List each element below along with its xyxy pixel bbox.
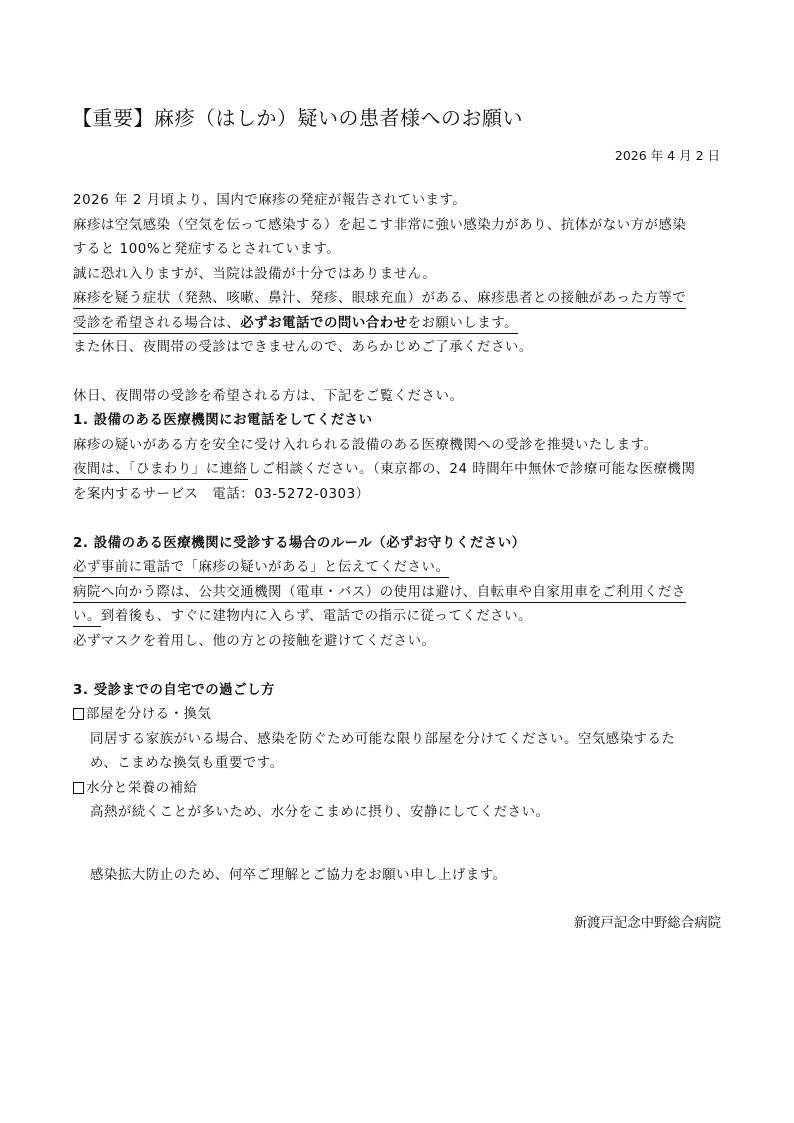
intro-line-5: 麻疹を疑う症状（発熱、咳嗽、鼻汁、発疹、眼球充血）がある、麻疹患者との接触があっ… — [73, 289, 686, 309]
section2-line-1: 必ず事前に電話で「麻疹の疑いがある」と伝えてください。 — [73, 558, 449, 578]
section2-line-4: 必ずマスクを着用し、他の方との接触を避けてください。 — [73, 632, 435, 652]
intro-line-1: 2026 年 2 月頃より、国内で麻疹の発症が報告されています。 — [73, 191, 466, 211]
section1-line-1: 麻疹の疑いがある方を安全に受け入れられる設備のある医療機関への受診を推奨いたしま… — [73, 436, 657, 456]
section2-line-3: い。到着後も、すぐに建物内に入らず、電話での指示に従ってください。 — [73, 607, 532, 627]
underlined-transport-rule: 病院へ向かう際は、公共交通機関（電車・バス）の使用は避け、自転車や自家用車をご利… — [73, 585, 686, 603]
section1-line-3: を案内するサービス 電話：03-5272-0303） — [73, 485, 370, 505]
section3-item-1: 部屋を分ける・換気 — [73, 705, 211, 725]
document-title: 【重要】麻疹（はしか）疑いの患者様へのお願い — [72, 104, 523, 132]
intro-line-2: 麻疹は空気感染（空気を伝って感染する）を起こす非常に強い感染力があり、抗体がない… — [73, 216, 686, 236]
section3-item-2-line-1: 高熱が続くことが多いため、水分をこまめに摂り、安静にしてください。 — [90, 803, 550, 823]
night-intro: 休日、夜間帯の受診を希望される方は、下記をご覧ください。 — [73, 387, 463, 407]
section1-line-2: 夜間は、「ひまわり」に連絡しご相談ください。（東京都の、24 時間年中無休で診療… — [73, 460, 695, 480]
intro-line-3: すると 100%と発症するとされています。 — [73, 240, 340, 260]
section3-item-1-label: 部屋を分ける・換気 — [86, 707, 211, 722]
underlined-phone-request: 受診を希望される場合は、必ずお電話での問い合わせをお願いします。 — [73, 316, 518, 334]
phone-request-pre: 受診を希望される場合は、 — [73, 316, 240, 331]
section3-item-2-label: 水分と栄養の補給 — [86, 781, 198, 796]
hospital-signature: 新渡戸記念中野総合病院 — [574, 914, 721, 934]
checkbox-icon — [73, 782, 84, 794]
section1-heading: 1. 設備のある医療機関にお電話をしてください — [73, 411, 373, 431]
phone-request-post: をお願いします。 — [408, 316, 518, 331]
section3-item-1-line-1: 同居する家族がいる場合、感染を防ぐため可能な限り部屋を分けてください。空気感染す… — [90, 730, 676, 750]
section2-line-2: 病院へ向かう際は、公共交通機関（電車・バス）の使用は避け、自転車や自家用車をご利… — [73, 583, 686, 603]
intro-line-6: 受診を希望される場合は、必ずお電話での問い合わせをお願いします。 — [73, 314, 518, 334]
section2-line-3-rest: 到着後も、すぐに建物内に入らず、電話での指示に従ってください。 — [101, 609, 532, 624]
closing-text: 感染拡大防止のため、何卒ご理解とご協力をお願い申し上げます。 — [90, 866, 507, 886]
underlined-call-ahead: 必ず事前に電話で「麻疹の疑いがある」と伝えてください。 — [73, 560, 449, 578]
underlined-symptoms-text: 麻疹を疑う症状（発熱、咳嗽、鼻汁、発疹、眼球充血）がある、麻疹患者との接触があっ… — [73, 291, 686, 309]
underlined-transport-rule-end: い。 — [73, 609, 101, 627]
intro-line-4: 誠に恐れ入りますが、当院は設備が十分ではありません。 — [73, 265, 436, 285]
section3-heading: 3. 受診までの自宅での過ごし方 — [73, 681, 275, 701]
section3-item-1-line-2: め、こまめな換気も重要です。 — [90, 754, 284, 774]
himawari-contact-text: 夜間は、「ひまわり」に連絡 — [73, 462, 248, 480]
section2-heading: 2. 設備のある医療機関に受診する場合のルール（必ずお守りください） — [73, 534, 526, 554]
phone-request-emphasis: 必ずお電話での問い合わせ — [240, 316, 407, 331]
intro-line-7: また休日、夜間帯の受診はできませんので、あらかじめご了承ください。 — [73, 338, 533, 358]
document-page: 【重要】麻疹（はしか）疑いの患者様へのお願い 2026 年 4 月 2 日 20… — [0, 0, 794, 1123]
section3-item-2: 水分と栄養の補給 — [73, 779, 198, 799]
section1-line-2-rest: しご相談ください。（東京都の、24 時間年中無休で診療可能な医療機関 — [248, 462, 696, 477]
document-date: 2026 年 4 月 2 日 — [615, 147, 720, 165]
checkbox-icon — [73, 708, 84, 720]
